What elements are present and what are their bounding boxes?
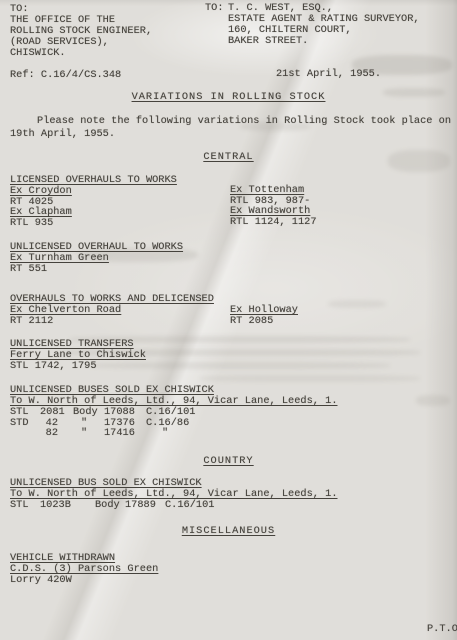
bus-number: 1023B: [40, 500, 85, 511]
bus-class: STL: [10, 500, 40, 511]
intro-paragraph-line: Please note the following variations in …: [37, 116, 457, 127]
bleedthrough-smudge: [200, 375, 420, 382]
document-date: 21st April, 1955.: [276, 69, 381, 80]
stock-line: STL 1742, 1795: [10, 361, 97, 372]
body-number: 17889: [125, 500, 165, 511]
body-label: Body: [73, 407, 104, 418]
recipient-left-line: CHISWICK.: [10, 48, 66, 59]
intro-paragraph-line: 19th April, 1955.: [10, 129, 115, 140]
pto-note: P.T.O.: [427, 624, 457, 635]
stock-line: Lorry 420W: [10, 575, 72, 586]
recipient-right-label: TO:: [205, 3, 224, 14]
sale-ref: C.16/101: [165, 500, 221, 511]
stock-line: RT 2085: [230, 316, 273, 327]
ditto-mark: ": [73, 428, 104, 439]
bus-class: [10, 428, 40, 439]
body-number: 17416: [104, 428, 146, 439]
stock-line: RTL 1124, 1127: [230, 217, 317, 228]
section-heading-miscellaneous: MISCELLANEOUS: [0, 526, 457, 537]
section-heading-central: CENTRAL: [0, 152, 457, 163]
stock-line: RTL 935: [10, 218, 53, 229]
bleedthrough-smudge: [328, 300, 386, 308]
page-title: VARIATIONS IN ROLLING STOCK: [0, 92, 457, 103]
stock-line: RT 2112: [10, 316, 53, 327]
bus-row: 82 " 17416 ": [10, 428, 202, 439]
bus-number: 82: [40, 428, 58, 439]
stock-line: RT 551: [10, 264, 47, 275]
recipient-right-line: BAKER STREET.: [228, 36, 308, 47]
ditto-mark: ": [146, 428, 202, 439]
bus-row: STL 1023B Body 17889 C.16/101: [10, 500, 221, 511]
section-heading-country: COUNTRY: [0, 456, 457, 467]
body-label: Body: [95, 500, 125, 511]
bleedthrough-smudge: [90, 362, 390, 369]
document-ref: Ref: C.16/4/CS.348: [10, 70, 121, 81]
bleedthrough-smudge: [416, 395, 450, 406]
document-page: TO: THE OFFICE OF THE ROLLING STOCK ENGI…: [0, 0, 457, 640]
